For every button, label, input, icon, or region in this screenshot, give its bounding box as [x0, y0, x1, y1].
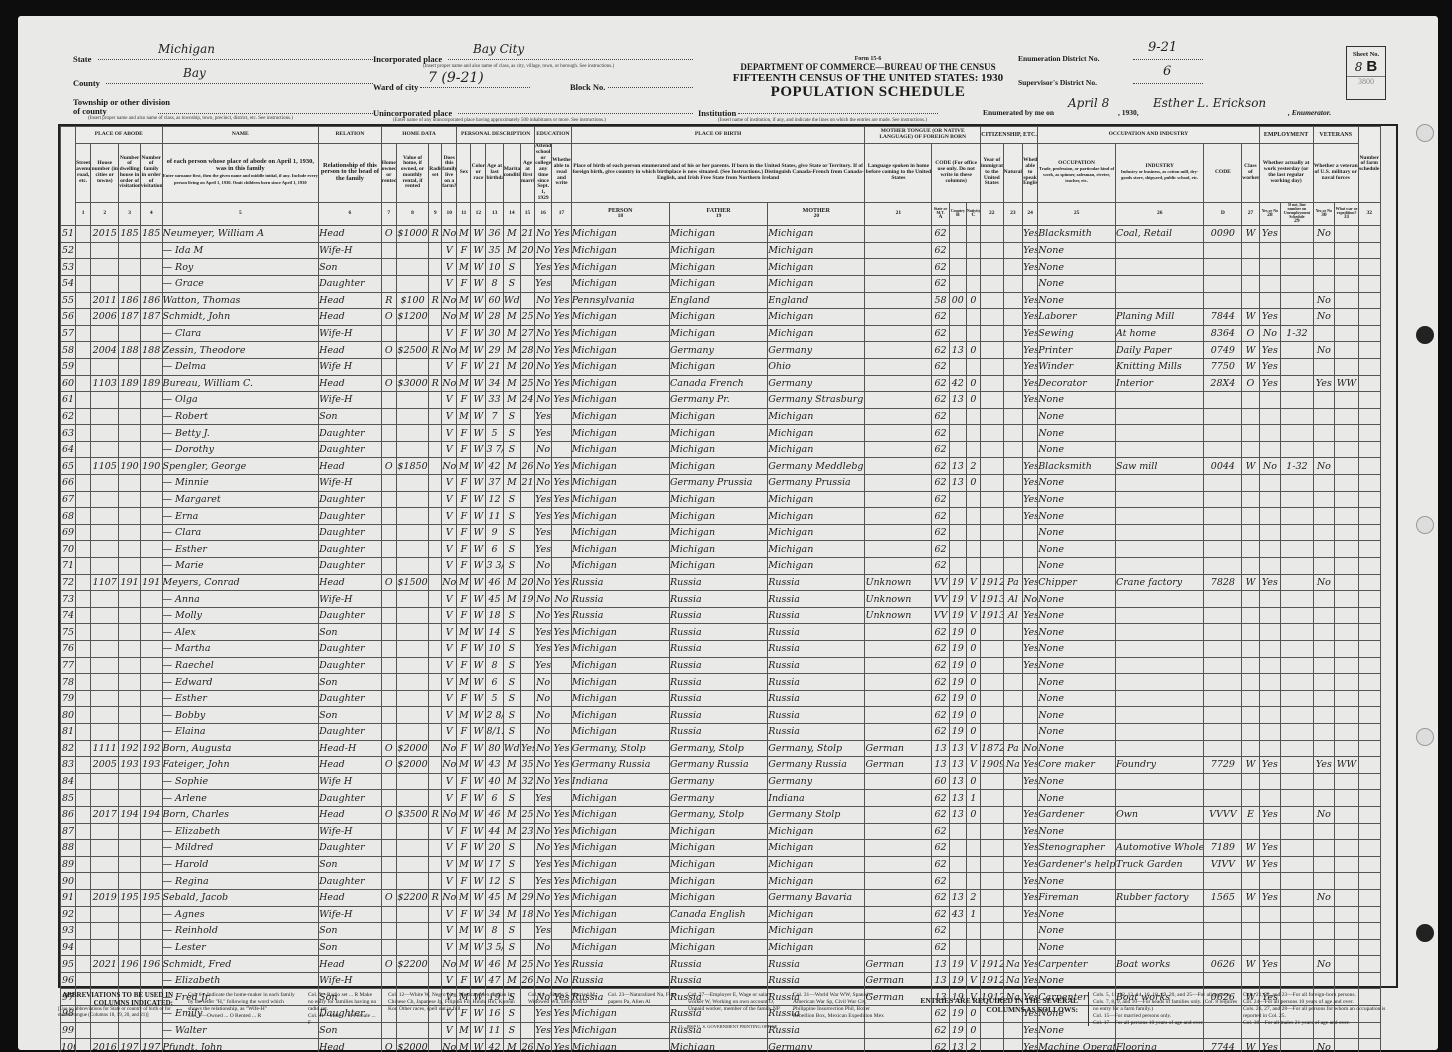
cell-codeA: 62 — [932, 309, 949, 326]
census-row: 862017194194Born, CharlesHeadO$3500RNoMW… — [61, 806, 1396, 823]
cell-sex: F — [457, 541, 471, 558]
cell-immig — [980, 641, 1003, 658]
incorporated-label: Incorporated place — [373, 54, 442, 64]
cell-dwelling — [119, 508, 141, 525]
cell-school: No — [535, 441, 552, 458]
cell-work — [1259, 740, 1281, 757]
cell-birth: Michigan — [571, 657, 669, 674]
cell-english: Yes — [1023, 873, 1038, 890]
cell-natur — [1003, 491, 1022, 508]
enumerated-year: , 1930, — [1118, 108, 1139, 117]
cell-family — [140, 242, 162, 259]
cell-read — [552, 923, 571, 940]
abbr-col14: Col. 14—Single S, Married M, Widowed Wd,… — [528, 992, 598, 1006]
line-number: 63 — [61, 425, 76, 442]
cell-name: — Robert — [162, 408, 319, 425]
cell-codeB — [949, 259, 966, 276]
cell-codeA: 62 — [932, 408, 949, 425]
cell-vet — [1313, 242, 1335, 259]
cell-school: No — [535, 475, 552, 492]
cell-name: — Agnes — [162, 906, 319, 923]
cell-industry: Foundry — [1115, 757, 1204, 774]
cell-street — [76, 491, 91, 508]
cell-language — [865, 856, 932, 873]
cell-farmsch — [1358, 408, 1380, 425]
cell-natur — [1003, 840, 1022, 857]
cell-read: Yes — [552, 574, 571, 591]
cell-race: W — [471, 574, 486, 591]
cell-father: Russia — [669, 624, 767, 641]
cell-language — [865, 641, 932, 658]
cell-codeA: 62 — [932, 873, 949, 890]
cell-farmsch — [1358, 873, 1380, 890]
cell-occupation: Fireman — [1038, 889, 1116, 906]
cell-owned: O — [381, 740, 396, 757]
cell-class — [1242, 624, 1259, 641]
cell-industry — [1115, 674, 1204, 691]
cell-race: W — [471, 906, 486, 923]
cell-war — [1335, 823, 1359, 840]
cell-owned — [381, 541, 396, 558]
cell-codeC — [966, 441, 980, 458]
line-number: 69 — [61, 524, 76, 541]
cell-read — [552, 690, 571, 707]
col-23-header: Naturalization — [1003, 144, 1022, 203]
cell-farm: V — [442, 558, 457, 575]
county-label: County — [73, 78, 100, 88]
cell-relation: Wife-H — [319, 325, 382, 342]
cell-unemp — [1281, 889, 1313, 906]
cell-birth: Michigan — [571, 458, 669, 475]
cell-vet — [1313, 425, 1335, 442]
cell-codeB — [949, 873, 966, 890]
cell-codeA: 13 — [932, 740, 949, 757]
census-row: 54— GraceDaughterVFW8SYesMichiganMichiga… — [61, 275, 1396, 292]
cell-mother: Michigan — [768, 275, 865, 292]
cell-codeB — [949, 309, 966, 326]
cell-mother: Michigan — [768, 259, 865, 276]
cell-codeB — [949, 508, 966, 525]
cell-english: Yes — [1023, 856, 1038, 873]
cell-vet — [1313, 707, 1335, 724]
cell-birth: Michigan — [571, 873, 669, 890]
cell-father: Canada English — [669, 906, 767, 923]
col-number-27: 27 — [1242, 202, 1259, 226]
cell-farmsch — [1358, 242, 1380, 259]
cell-family: 191 — [140, 574, 162, 591]
cell-unemp — [1281, 309, 1313, 326]
state-label: State — [73, 54, 91, 64]
line-number: 87 — [61, 823, 76, 840]
cell-war — [1335, 358, 1359, 375]
cell-house — [91, 242, 119, 259]
cell-marital: S — [503, 674, 520, 691]
cell-birth: Michigan — [571, 690, 669, 707]
cell-father: Michigan — [669, 1039, 767, 1052]
cell-race: W — [471, 641, 486, 658]
col-15-header: Age at first marriage — [520, 144, 534, 203]
cell-read — [552, 939, 571, 956]
cell-farm: V — [442, 475, 457, 492]
cell-industry: Interior — [1115, 375, 1204, 392]
unincorporated-label: Unincorporated place — [373, 108, 452, 118]
cell-natur: Na — [1003, 757, 1022, 774]
col-number-18: PERSON18 — [571, 202, 669, 226]
cell-sex: M — [457, 707, 471, 724]
cell-work: Yes — [1259, 856, 1281, 873]
cell-unemp — [1281, 690, 1313, 707]
cell-codeB: 19 — [949, 972, 966, 989]
cell-house — [91, 773, 119, 790]
cell-marital: S — [503, 425, 520, 442]
cell-age: 8 — [486, 923, 503, 940]
line-number: 62 — [61, 408, 76, 425]
cell-english: Yes — [1023, 325, 1038, 342]
col-number-D: D — [1204, 202, 1242, 226]
entries-5: Cols. 21, 22, and 23—For all foreign-bor… — [1243, 992, 1393, 999]
cell-immig — [980, 358, 1003, 375]
cell-school: Yes — [535, 508, 552, 525]
col-22-header: Year of immigration to the United States — [980, 144, 1003, 203]
line-number: 58 — [61, 342, 76, 359]
cell-class: W — [1242, 956, 1259, 973]
cell-sex: F — [457, 840, 471, 857]
cell-codeA: VV — [932, 574, 949, 591]
cell-vet — [1313, 491, 1335, 508]
cell-war — [1335, 392, 1359, 409]
cell-age: 3 7/12 — [486, 441, 503, 458]
cell-read — [552, 541, 571, 558]
col-number-A: State or M.T.A — [932, 202, 949, 226]
cell-codeA: 62 — [932, 823, 949, 840]
cell-birth: Michigan — [571, 806, 669, 823]
cell-farm: V — [442, 524, 457, 541]
cell-age-married — [520, 292, 534, 309]
cell-sex: F — [457, 723, 471, 740]
cell-war — [1335, 226, 1359, 243]
cell-read: Yes — [552, 1039, 571, 1052]
personal-group-header: PERSONAL DESCRIPTION — [457, 127, 535, 144]
census-row: 88— MildredDaughterVFW20SNoYesMichiganMi… — [61, 840, 1396, 857]
census-row: 78— EdwardSonVMW6SNoMichiganRussiaRussia… — [61, 674, 1396, 691]
line-number: 95 — [61, 956, 76, 973]
cell-relation: Daughter — [319, 275, 382, 292]
cell-street — [76, 690, 91, 707]
cell-street — [76, 889, 91, 906]
birth-instructions: Place of birth of each person enumerated… — [571, 144, 865, 203]
birth-group-header: PLACE OF BIRTH — [571, 127, 865, 144]
cell-immig: 1913 — [980, 591, 1003, 608]
cell-value — [396, 972, 428, 989]
cell-code — [1204, 441, 1242, 458]
census-row: 87— ElizabethWife-HVFW44M23NoYesMichigan… — [61, 823, 1396, 840]
cell-owned — [381, 674, 396, 691]
cell-occupation: None — [1038, 541, 1116, 558]
cell-industry — [1115, 392, 1204, 409]
cell-farmsch — [1358, 508, 1380, 525]
cell-house — [91, 541, 119, 558]
cell-unemp — [1281, 856, 1313, 873]
cell-age-married — [520, 541, 534, 558]
cell-read: Yes — [552, 309, 571, 326]
cell-family: 189 — [140, 375, 162, 392]
cell-vet — [1313, 674, 1335, 691]
cell-english: Yes — [1023, 292, 1038, 309]
cell-farm: V — [442, 840, 457, 857]
cell-dwelling — [119, 607, 141, 624]
cell-war — [1335, 242, 1359, 259]
cell-natur — [1003, 358, 1022, 375]
cell-birth: Michigan — [571, 624, 669, 641]
birth-col-number: 18 — [572, 214, 669, 220]
cell-read — [552, 674, 571, 691]
cell-work — [1259, 690, 1281, 707]
cell-race: W — [471, 939, 486, 956]
cell-read — [552, 707, 571, 724]
cell-natur — [1003, 508, 1022, 525]
cell-school: Yes — [535, 541, 552, 558]
col-number-13: 13 — [486, 202, 503, 226]
cell-immig — [980, 226, 1003, 243]
cell-work — [1259, 292, 1281, 309]
unincorporated-note: (Enter name of any unincorporated place … — [393, 118, 606, 123]
cell-house — [91, 441, 119, 458]
cell-marital: S — [503, 707, 520, 724]
cell-name: — Reinhold — [162, 923, 319, 940]
cell-street — [76, 1039, 91, 1052]
cell-age: 8 — [486, 657, 503, 674]
cell-work — [1259, 591, 1281, 608]
code-col-number: A — [932, 215, 948, 221]
cell-english — [1023, 707, 1038, 724]
cell-relation: Wife-H — [319, 475, 382, 492]
cell-codeA: 62 — [932, 342, 949, 359]
cell-sex: M — [457, 674, 471, 691]
census-row: 1002016197197Pfundt, JohnHeadO$2000NoMW4… — [61, 1039, 1396, 1052]
cell-value: $2500 — [396, 342, 428, 359]
cell-occupation: None — [1038, 790, 1116, 807]
cell-dwelling — [119, 591, 141, 608]
birth-col-number: 19 — [670, 214, 767, 220]
cell-name: — Martha — [162, 641, 319, 658]
cell-radio — [429, 591, 442, 608]
cell-owned — [381, 408, 396, 425]
cell-language: German — [865, 740, 932, 757]
cell-name: — Erna — [162, 508, 319, 525]
census-row: 52— Ida MWife-HVFW35M20NoYesMichiganMich… — [61, 242, 1396, 259]
cell-house — [91, 508, 119, 525]
cell-owned — [381, 259, 396, 276]
cell-birth: Michigan — [571, 491, 669, 508]
cell-natur: Pa — [1003, 740, 1022, 757]
cell-war — [1335, 309, 1359, 326]
block-field — [608, 74, 693, 88]
cell-vet — [1313, 591, 1335, 608]
cell-immig: 1912 — [980, 574, 1003, 591]
cell-race: W — [471, 840, 486, 857]
cell-war — [1335, 408, 1359, 425]
cell-age: 21 — [486, 358, 503, 375]
township-field — [158, 100, 373, 114]
cell-language — [865, 823, 932, 840]
block-label: Block No. — [570, 82, 605, 92]
cell-name: — Mildred — [162, 840, 319, 857]
cell-farm: No — [442, 956, 457, 973]
cell-marital: M — [503, 325, 520, 342]
cell-value — [396, 723, 428, 740]
cell-house: 2016 — [91, 1039, 119, 1052]
cell-codeA: 62 — [932, 923, 949, 940]
cell-codeC — [966, 873, 980, 890]
cell-owned — [381, 624, 396, 641]
cell-age: 30 — [486, 325, 503, 342]
cell-race: W — [471, 275, 486, 292]
cell-farm: No — [442, 458, 457, 475]
cell-codeA: VV — [932, 591, 949, 608]
line-number: 56 — [61, 309, 76, 326]
cell-school: No — [535, 591, 552, 608]
cell-codeB — [949, 856, 966, 873]
cell-radio — [429, 524, 442, 541]
cell-house: 2021 — [91, 956, 119, 973]
cell-language — [865, 624, 932, 641]
cell-radio — [429, 873, 442, 890]
cell-street — [76, 873, 91, 890]
cell-war — [1335, 607, 1359, 624]
cell-school: No — [535, 292, 552, 309]
cell-name: — Dorothy — [162, 441, 319, 458]
cell-code — [1204, 906, 1242, 923]
cell-mother: Russia — [768, 690, 865, 707]
cell-age: 35 — [486, 242, 503, 259]
cell-read: Yes — [552, 358, 571, 375]
cell-race: W — [471, 740, 486, 757]
cell-farm: No — [442, 375, 457, 392]
relation-group-header: RELATION — [319, 127, 382, 144]
cell-owned: R — [381, 292, 396, 309]
enumerated-label: Enumerated by me on — [983, 108, 1054, 117]
cell-owned — [381, 707, 396, 724]
cell-house: 2005 — [91, 757, 119, 774]
cell-codeC — [966, 823, 980, 840]
cell-street — [76, 558, 91, 575]
line-number: 100 — [61, 1039, 76, 1052]
cell-occupation: Decorator — [1038, 375, 1116, 392]
cell-value — [396, 392, 428, 409]
cell-codeB — [949, 226, 966, 243]
cell-father: Russia — [669, 607, 767, 624]
cell-occupation: None — [1038, 773, 1116, 790]
col-32-header: Number of farm schedule — [1358, 127, 1380, 203]
cell-street — [76, 939, 91, 956]
cell-industry — [1115, 441, 1204, 458]
cell-war — [1335, 939, 1359, 956]
cell-school: Yes — [535, 275, 552, 292]
line-number: 64 — [61, 441, 76, 458]
cell-english — [1023, 723, 1038, 740]
cell-school: No — [535, 740, 552, 757]
cell-dwelling — [119, 641, 141, 658]
cell-codeC — [966, 491, 980, 508]
cell-occupation: None — [1038, 707, 1116, 724]
cell-sex: M — [457, 889, 471, 906]
cell-class — [1242, 773, 1259, 790]
cell-age-married — [520, 259, 534, 276]
cell-father: Germany Russia — [669, 757, 767, 774]
cell-natur — [1003, 923, 1022, 940]
cell-mother: Germany Bavaria — [768, 889, 865, 906]
cell-read: Yes — [552, 889, 571, 906]
cell-code — [1204, 275, 1242, 292]
cell-code — [1204, 259, 1242, 276]
cell-mother: Michigan — [768, 823, 865, 840]
cell-codeB: 19 — [949, 574, 966, 591]
cell-industry — [1115, 242, 1204, 259]
census-row: 71— MarieDaughterVFW3 3/12SNoMichiganMic… — [61, 558, 1396, 575]
line-number: 57 — [61, 325, 76, 342]
cell-codeA: 62 — [932, 358, 949, 375]
cell-marital: M — [503, 392, 520, 409]
cell-birth: Germany, Stolp — [571, 740, 669, 757]
cell-mother: Germany — [768, 1039, 865, 1052]
cell-marital: S — [503, 641, 520, 658]
cell-war — [1335, 690, 1359, 707]
cell-occupation: Blacksmith — [1038, 458, 1116, 475]
cell-natur — [1003, 458, 1022, 475]
cell-mother: Michigan — [768, 408, 865, 425]
cell-codeA: 62 — [932, 790, 949, 807]
cell-street — [76, 408, 91, 425]
cell-natur — [1003, 226, 1022, 243]
cell-vet — [1313, 508, 1335, 525]
cell-owned — [381, 607, 396, 624]
cell-class — [1242, 242, 1259, 259]
cell-occupation: None — [1038, 491, 1116, 508]
cell-industry: Knitting Mills — [1115, 358, 1204, 375]
cell-code — [1204, 823, 1242, 840]
cell-sex: M — [457, 956, 471, 973]
cell-language — [865, 425, 932, 442]
cell-war — [1335, 475, 1359, 492]
cell-codeA: 62 — [932, 491, 949, 508]
cell-read: Yes — [552, 392, 571, 409]
cell-unemp — [1281, 524, 1313, 541]
cell-owned — [381, 508, 396, 525]
cell-english: Yes — [1023, 641, 1038, 658]
cell-unemp — [1281, 806, 1313, 823]
cell-dwelling: 190 — [119, 458, 141, 475]
cell-industry — [1115, 790, 1204, 807]
cell-school: No — [535, 723, 552, 740]
cell-code: VVVV — [1204, 806, 1242, 823]
cell-farmsch — [1358, 475, 1380, 492]
cell-work: Yes — [1259, 342, 1281, 359]
cell-industry — [1115, 408, 1204, 425]
cell-marital: S — [503, 259, 520, 276]
cell-age: 5 — [486, 425, 503, 442]
col-21-header: Language spoken in home before coming to… — [865, 144, 932, 203]
cell-natur — [1003, 541, 1022, 558]
cell-unemp — [1281, 657, 1313, 674]
cell-work: Yes — [1259, 1039, 1281, 1052]
cell-occupation: None — [1038, 392, 1116, 409]
col-number-32: 32 — [1358, 202, 1380, 226]
cell-farmsch — [1358, 574, 1380, 591]
cell-marital: S — [503, 541, 520, 558]
cell-dwelling — [119, 491, 141, 508]
cell-farmsch — [1358, 906, 1380, 923]
cell-natur — [1003, 1039, 1022, 1052]
